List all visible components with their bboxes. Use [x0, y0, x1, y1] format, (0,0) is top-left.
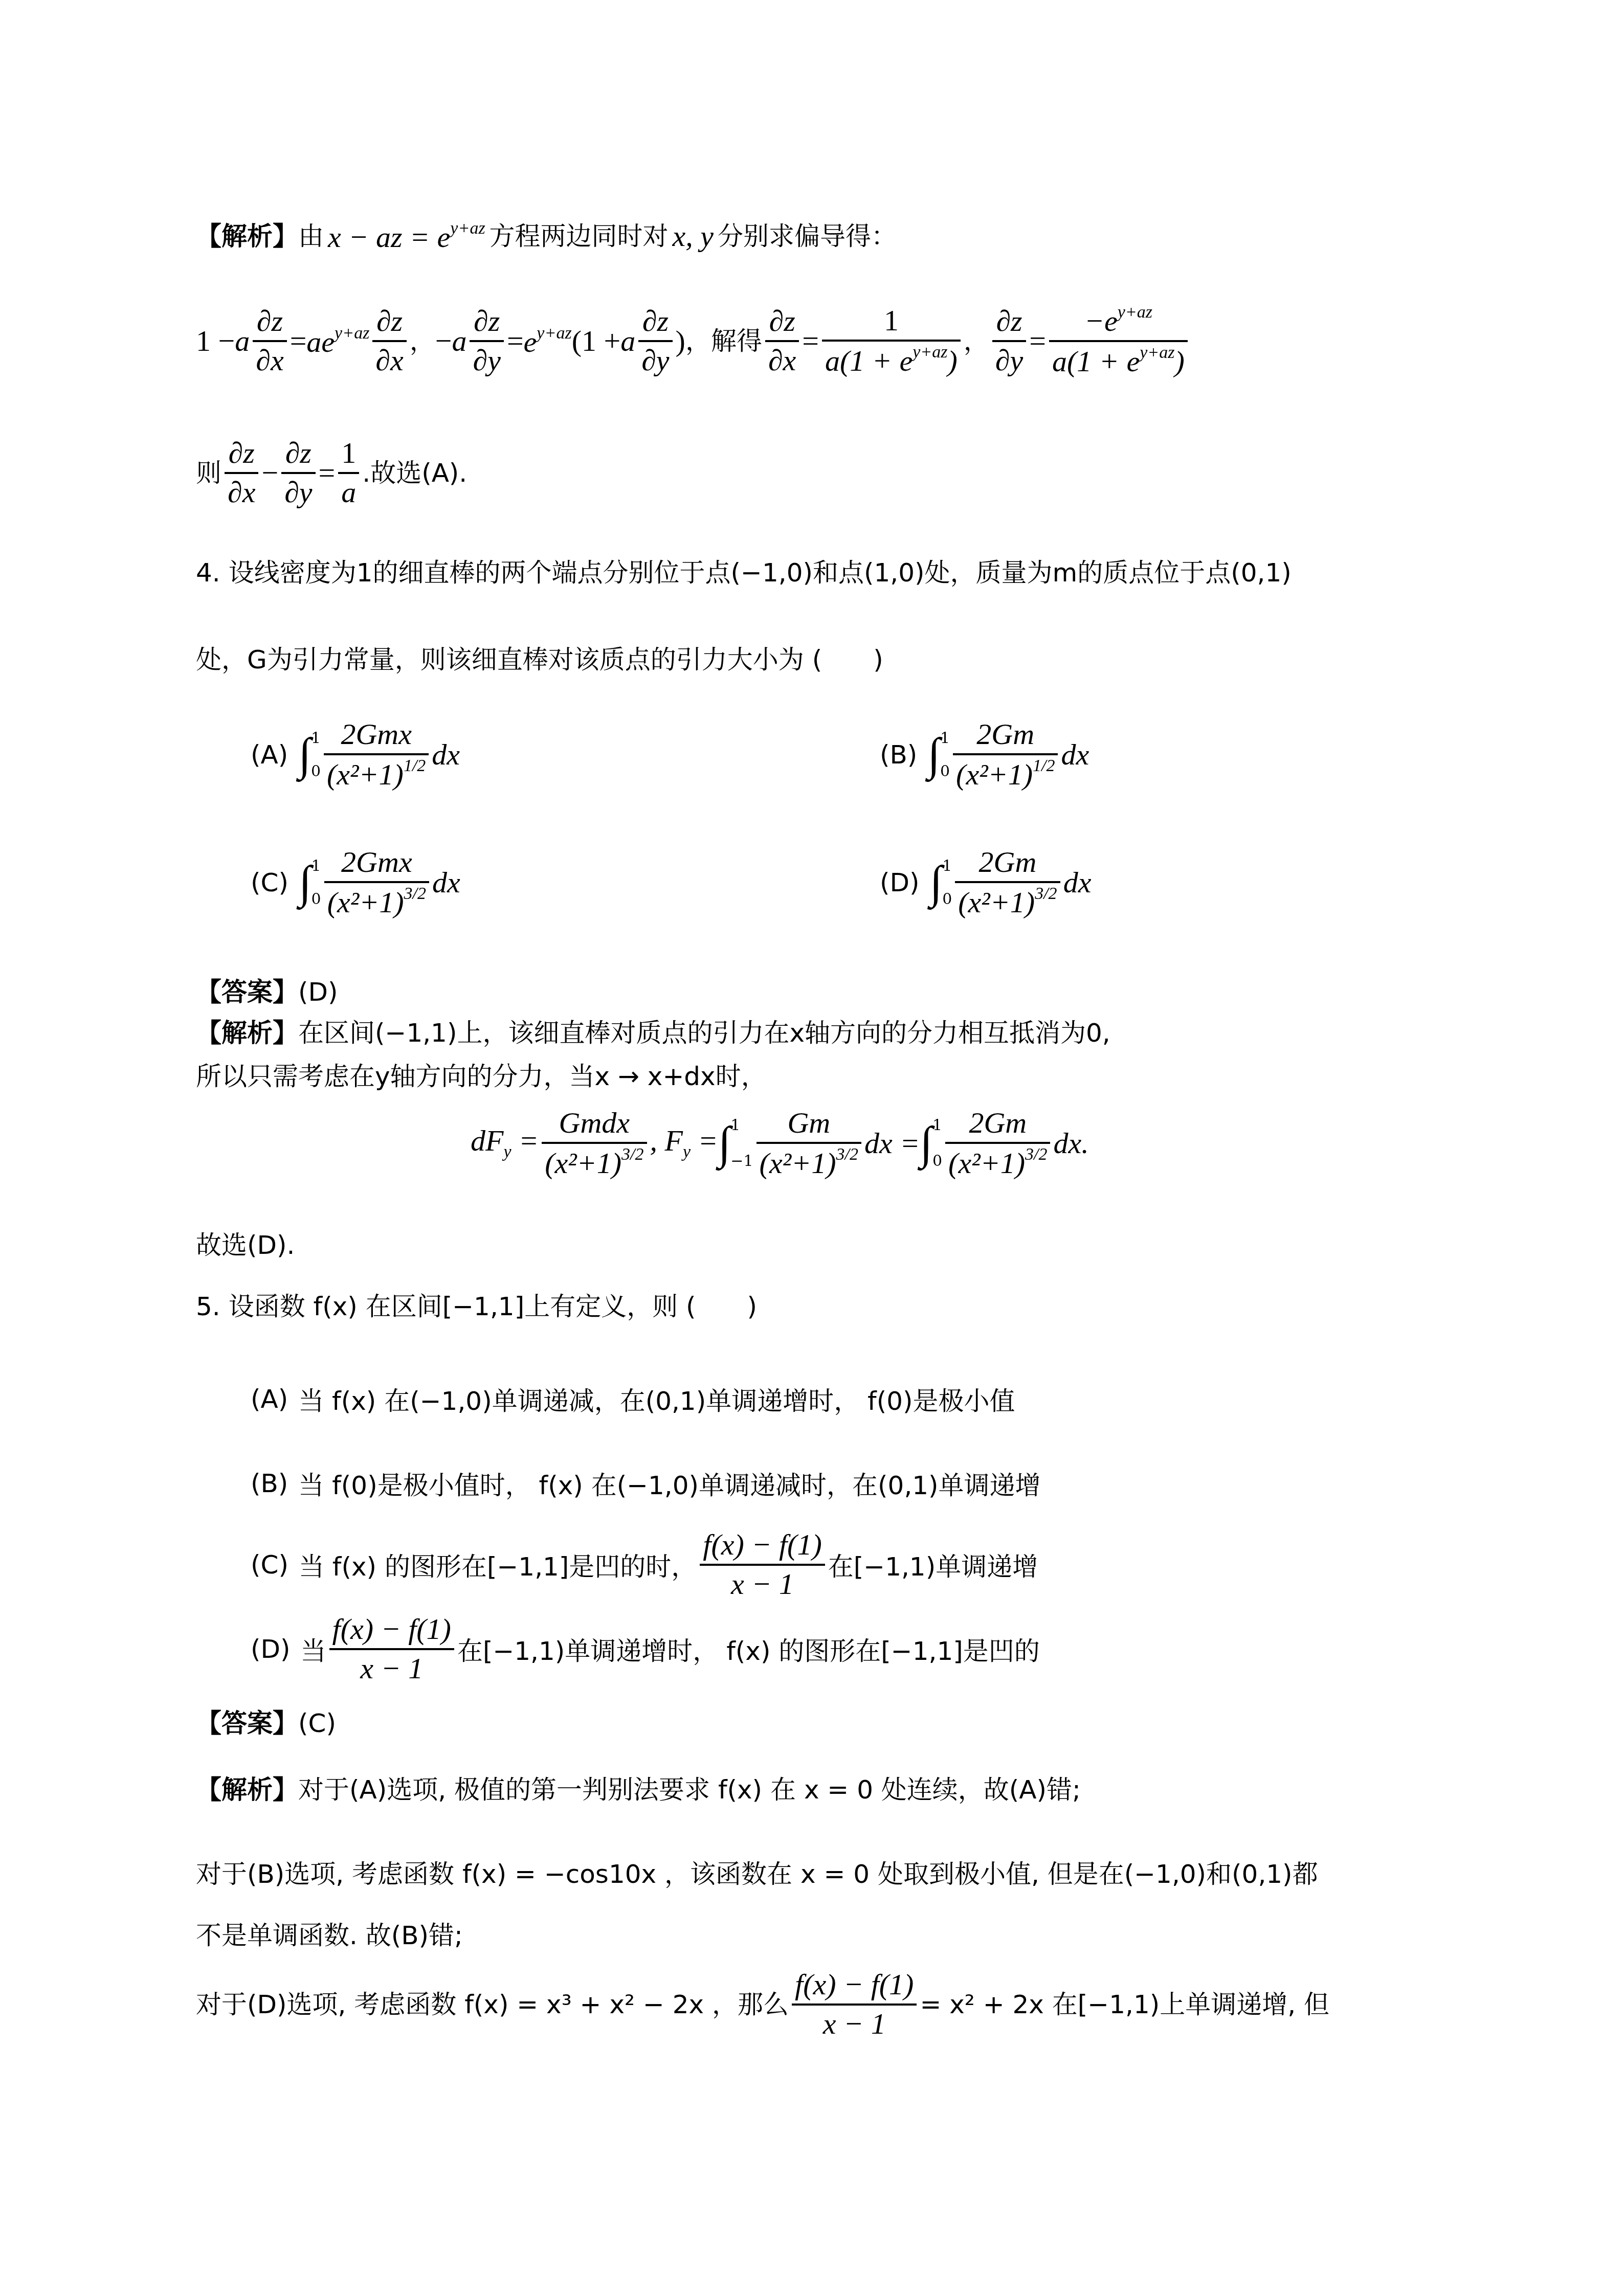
q4-stem-line1: 4. 设线密度为1的细直棒的两个端点分别位于点(−1,0)和点(1,0)处，质量…: [196, 560, 1292, 586]
q3-partial-derivatives: 1 − a ∂z∂x = aey+az ∂z∂x ， −a ∂z∂y = ey+…: [196, 302, 1191, 380]
q4-option-c: (C) ∫10 2Gmx(x²+1)3/2 dx: [251, 844, 460, 921]
q5-option-c: (C) 当 f(x) 的图形在[−1,1]是凹的时， f(x) − f(1)x …: [251, 1526, 1038, 1603]
q4-stem-line2: 处，G为引力常量，则该细直棒对该质点的引力大小为 ( ): [196, 647, 883, 672]
q4-analysis-line1: 【解析】 在区间(−1,1)上，该细直棒对质点的引力在x轴方向的分力相互抵消为0…: [196, 1020, 1110, 1046]
q4-conclusion: 故选(D).: [196, 1232, 295, 1258]
q4-answer: 【答案】 (D): [196, 979, 338, 1005]
q4-option-b: (B) ∫10 2Gm(x²+1)1/2 dx: [880, 716, 1089, 793]
q3-conclusion: 则 ∂z∂x − ∂z∂y = 1a .故选(A).: [196, 435, 467, 511]
q4-formula: dFy = Gmdx(x²+1)3/2 , Fy = ∫1−1 Gm(x²+1)…: [471, 1105, 1089, 1182]
equation: x − az = ey+az: [328, 220, 485, 252]
q4-option-a: (A) ∫10 2Gmx(x²+1)1/2 dx: [251, 716, 460, 793]
q4-option-d: (D) ∫10 2Gm(x²+1)3/2 dx: [880, 844, 1091, 921]
q5-analysis-line4: 对于(D)选项, 考虑函数 f(x) = x³ + x² − 2x ，那么 f(…: [196, 1966, 1329, 2042]
q5-stem: 5. 设函数 f(x) 在区间[−1,1]上有定义，则 ( ): [196, 1294, 757, 1319]
q5-analysis-line2: 对于(B)选项, 考虑函数 f(x) = −cos10x ，该函数在 x = 0…: [196, 1861, 1318, 1887]
q5-answer: 【答案】 (C): [196, 1710, 336, 1736]
q5-analysis-line1: 【解析】 对于(A)选项, 极值的第一判别法要求 f(x) 在 x = 0 处连…: [196, 1777, 1081, 1803]
q5-analysis-line3: 不是单调函数. 故(B)错;: [196, 1923, 463, 1948]
q5-option-b: (B) 当 f(0)是极小值时， f(x) 在(−1,0)单调递减时，在(0,1…: [251, 1465, 1041, 1502]
q4-analysis-line2: 所以只需考虑在y轴方向的分力，当x → x+dx时，: [196, 1064, 767, 1089]
q3-analysis-intro: 【解析】 由 x − az = ey+az 方程两边同时对 x, y 分别求偏导…: [196, 220, 897, 252]
q5-option-a: (A) 当 f(x) 在(−1,0)单调递减，在(0,1)单调递增时， f(0)…: [251, 1381, 1015, 1417]
analysis-tag: 【解析】: [196, 223, 298, 249]
q5-option-d: (D) 当 f(x) − f(1)x − 1 在[−1,1)单调递增时， f(x…: [251, 1611, 1040, 1687]
